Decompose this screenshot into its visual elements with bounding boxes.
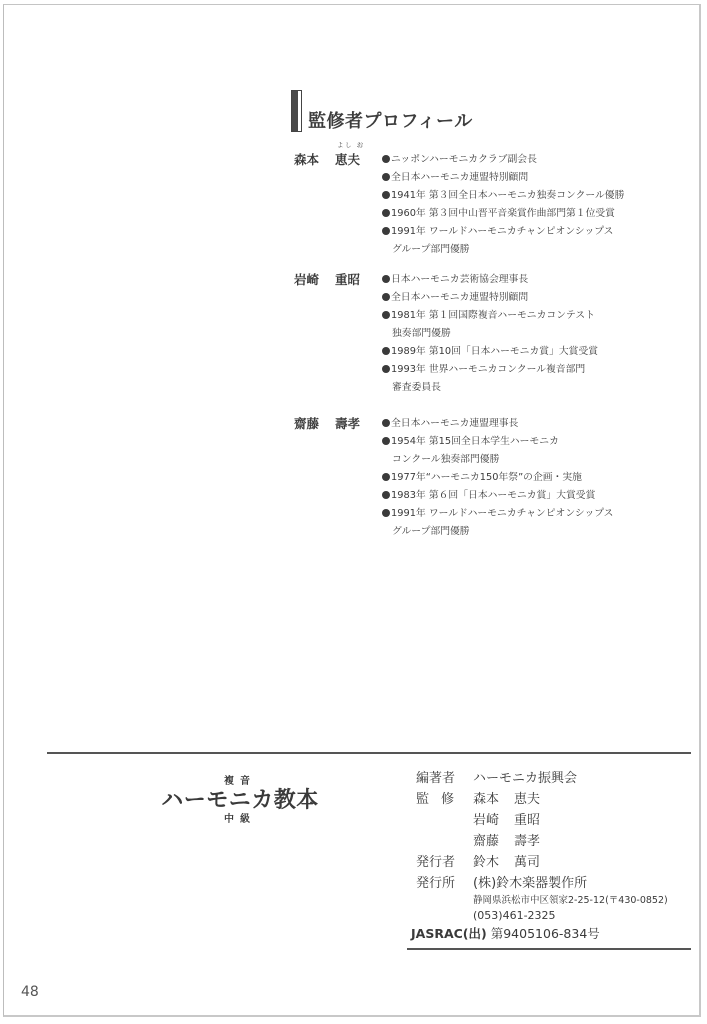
credit-publisher-person: 発行者 鈴木萬司 bbox=[416, 852, 668, 873]
profile-name: 森本よし お恵夫 bbox=[294, 150, 360, 168]
list-item: 1954年 第15回全日本学生ハーモニカコンクール独奏部門優勝 bbox=[382, 433, 613, 469]
publisher-address: 静岡県浜松市中区領家2-25-12(〒430-0852) bbox=[416, 894, 668, 908]
list-item: 1983年 第６回「日本ハーモニカ賞」大賞受賞 bbox=[382, 487, 613, 505]
credit-value: ハーモニカ振興会 bbox=[473, 768, 577, 789]
section-title: 監修者プロフィール bbox=[308, 112, 473, 132]
profile-career-list: 全日本ハーモニカ連盟理事長 1954年 第15回全日本学生ハーモニカコンクール独… bbox=[382, 415, 613, 541]
credit-supervisor: 齋藤壽孝 bbox=[416, 831, 668, 852]
publisher-phone: (053)461-2325 bbox=[416, 908, 668, 923]
profile-heading: 監修者プロフィール bbox=[291, 89, 473, 132]
colophon-top-rule bbox=[47, 752, 691, 754]
list-item: 1960年 第３回中山晋平音楽賞作曲部門第１位受賞 bbox=[382, 205, 624, 223]
list-item: 1977年“ハーモニカ150年祭”の企画・実施 bbox=[382, 469, 613, 487]
heading-bar-icon bbox=[291, 90, 302, 132]
profile-name: 岩崎重昭 bbox=[294, 270, 360, 288]
credit-value: 鈴木萬司 bbox=[473, 852, 540, 873]
bullet-icon bbox=[382, 437, 390, 445]
profile-career-list: ニッポンハーモニカクラブ副会長 全日本ハーモニカ連盟特別顧問 1941年 第３回… bbox=[382, 151, 624, 259]
family-name: 岩崎 bbox=[294, 270, 335, 288]
jasrac-number: 第9405106-834号 bbox=[491, 926, 600, 941]
bullet-icon bbox=[382, 227, 390, 235]
bullet-icon bbox=[382, 191, 390, 199]
bullet-icon bbox=[382, 473, 390, 481]
jasrac-label: JASRAC(出) bbox=[411, 926, 487, 941]
bullet-icon bbox=[382, 491, 390, 499]
credit-value: (株)鈴木楽器製作所 bbox=[473, 873, 587, 894]
credit-value: 岩崎重昭 bbox=[473, 810, 540, 831]
name-ruby: よし お bbox=[337, 140, 365, 149]
bullet-icon bbox=[382, 209, 390, 217]
list-item: 1991年 ワールドハーモニカチャンピオンシップスグループ部門優勝 bbox=[382, 223, 624, 259]
list-item: 全日本ハーモニカ連盟特別顧問 bbox=[382, 289, 598, 307]
family-name: 森本 bbox=[294, 150, 335, 168]
page-number: 48 bbox=[21, 984, 39, 1000]
credit-author: 編著者 ハーモニカ振興会 bbox=[416, 768, 668, 789]
given-name: 重昭 bbox=[335, 270, 360, 288]
credit-role: 編著者 bbox=[416, 768, 473, 789]
jasrac-license: JASRAC(出)第9405106-834号 bbox=[411, 924, 600, 942]
profile-career-list: 日本ハーモニカ芸術協会理事長 全日本ハーモニカ連盟特別顧問 1981年 第１回国… bbox=[382, 271, 598, 397]
credit-publisher: 発行所 (株)鈴木楽器製作所 bbox=[416, 873, 668, 894]
credit-supervisor: 岩崎重昭 bbox=[416, 810, 668, 831]
book-title-block: 複音 ハーモニカ教本 中級 bbox=[110, 776, 370, 826]
credit-supervisor: 監修 森本恵夫 bbox=[416, 789, 668, 810]
list-item: 全日本ハーモニカ連盟特別顧問 bbox=[382, 169, 624, 187]
credit-role: 発行者 bbox=[416, 852, 473, 873]
bullet-icon bbox=[382, 509, 390, 517]
list-item: 日本ハーモニカ芸術協会理事長 bbox=[382, 271, 598, 289]
credit-value: 齋藤壽孝 bbox=[473, 831, 540, 852]
bullet-icon bbox=[382, 419, 390, 427]
bullet-icon bbox=[382, 365, 390, 373]
bullet-icon bbox=[382, 347, 390, 355]
book-level: 中級 bbox=[110, 814, 370, 826]
list-item: ニッポンハーモニカクラブ副会長 bbox=[382, 151, 624, 169]
list-item: 1991年 ワールドハーモニカチャンピオンシップスグループ部門優勝 bbox=[382, 505, 613, 541]
bullet-icon bbox=[382, 293, 390, 301]
list-item: 全日本ハーモニカ連盟理事長 bbox=[382, 415, 613, 433]
list-item: 1993年 世界ハーモニカコンクール複音部門審査委員長 bbox=[382, 361, 598, 397]
list-item: 1941年 第３回全日本ハーモニカ独奏コンクール優勝 bbox=[382, 187, 624, 205]
colophon-bottom-rule bbox=[407, 948, 691, 950]
list-item: 1981年 第１回国際複音ハーモニカコンテスト独奏部門優勝 bbox=[382, 307, 598, 343]
given-name: よし お恵夫 bbox=[335, 150, 360, 168]
bullet-icon bbox=[382, 155, 390, 163]
credit-value: 森本恵夫 bbox=[473, 789, 540, 810]
colophon-credits: 編著者 ハーモニカ振興会 監修 森本恵夫 岩崎重昭 齋藤壽孝 発行者 鈴木萬司 … bbox=[416, 768, 668, 923]
book-title-prefix: 複音 bbox=[110, 776, 370, 788]
bullet-icon bbox=[382, 173, 390, 181]
credit-role: 発行所 bbox=[416, 873, 473, 894]
family-name: 齋藤 bbox=[294, 414, 335, 432]
book-title: ハーモニカ教本 bbox=[110, 788, 370, 814]
bullet-icon bbox=[382, 275, 390, 283]
given-name: 壽孝 bbox=[335, 414, 360, 432]
credit-role: 監修 bbox=[416, 789, 473, 810]
list-item: 1989年 第10回「日本ハーモニカ賞」大賞受賞 bbox=[382, 343, 598, 361]
bullet-icon bbox=[382, 311, 390, 319]
profile-name: 齋藤壽孝 bbox=[294, 414, 360, 432]
